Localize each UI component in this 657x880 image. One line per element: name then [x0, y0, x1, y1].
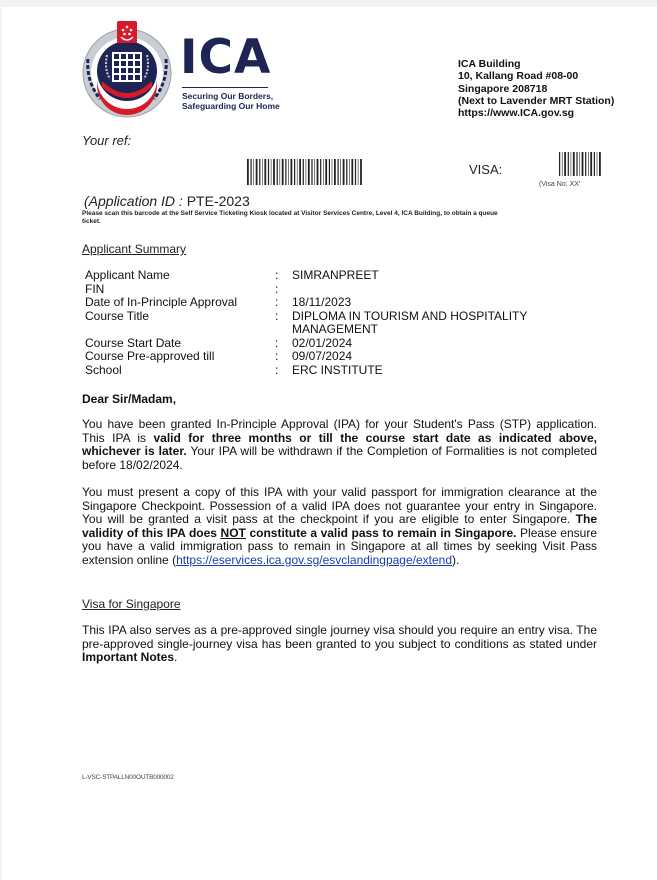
visa-label: VISA:	[469, 162, 502, 177]
address-line: 10, Kallang Road #08-00	[458, 70, 614, 82]
visa-paragraph: This IPA also serves as a pre-approved s…	[82, 624, 597, 665]
summary-row: School : ERC INSTITUTE	[85, 364, 562, 378]
ica-crest-logo	[80, 19, 174, 119]
ica-address-block: ICA Building 10, Kallang Road #08-00 Sin…	[458, 58, 614, 119]
immigration-paragraph: You must present a copy of this IPA with…	[82, 486, 597, 567]
applicant-summary-table: Applicant Name : SIMRANPREET FIN : Date …	[85, 269, 562, 377]
summary-row: Course Start Date : 02/01/2024	[85, 337, 562, 351]
visa-barcode	[558, 152, 602, 176]
summary-label: Course Pre-approved till	[85, 350, 275, 364]
address-line: ICA Building	[458, 58, 614, 70]
document-page: ICA Securing Our Borders, Safeguarding O…	[2, 7, 657, 880]
logo-tagline: Securing Our Borders, Safeguarding Our H…	[182, 91, 280, 111]
your-ref-label: Your ref:	[82, 133, 131, 148]
summary-row: FIN :	[85, 283, 562, 297]
summary-value: ERC INSTITUTE	[292, 364, 562, 378]
summary-value: 02/01/2024	[292, 337, 562, 351]
summary-label: FIN	[85, 283, 275, 297]
application-barcode	[246, 159, 362, 185]
ica-website[interactable]: https://www.ICA.gov.sg	[458, 107, 614, 119]
summary-value: 09/07/2024	[292, 350, 562, 364]
summary-label: Course Title	[85, 310, 275, 337]
salutation: Dear Sir/Madam,	[82, 392, 176, 406]
summary-row: Course Title : DIPLOMA IN TOURISM AND HO…	[85, 310, 562, 337]
summary-label: Applicant Name	[85, 269, 275, 283]
scan-instruction: Please scan this barcode at the Self Ser…	[82, 210, 502, 226]
summary-label: School	[85, 364, 275, 378]
summary-value: DIPLOMA IN TOURISM AND HOSPITALITY MANAG…	[292, 310, 562, 337]
visa-section-heading: Visa for Singapore	[82, 597, 181, 611]
summary-row: Date of In-Principle Approval : 18/11/20…	[85, 296, 562, 310]
summary-label: Date of In-Principle Approval	[85, 296, 275, 310]
summary-value: 18/11/2023	[292, 296, 562, 310]
ica-wordmark: ICA	[180, 33, 271, 83]
application-id-value: PTE-2023	[187, 193, 250, 209]
document-reference-code: L-VSC-STPALLN00OUTB000002	[82, 774, 174, 781]
summary-value: SIMRANPREET	[292, 269, 562, 283]
summary-row: Applicant Name : SIMRANPREET	[85, 269, 562, 283]
summary-label: Course Start Date	[85, 337, 275, 351]
visa-number: (Visa No: XX'	[539, 181, 580, 188]
address-line: (Next to Lavender MRT Station)	[458, 95, 614, 107]
address-line: Singapore 208718	[458, 83, 614, 95]
approval-paragraph: You have been granted In-Principle Appro…	[82, 418, 597, 472]
summary-value	[292, 283, 562, 297]
visit-pass-extension-link[interactable]: https://eservices.ica.gov.sg/esvclanding…	[176, 553, 452, 567]
summary-row: Course Pre-approved till : 09/07/2024	[85, 350, 562, 364]
applicant-summary-heading: Applicant Summary	[82, 242, 186, 256]
logo-divider	[182, 87, 268, 88]
application-id: (Application ID : PTE-2023	[84, 193, 250, 209]
